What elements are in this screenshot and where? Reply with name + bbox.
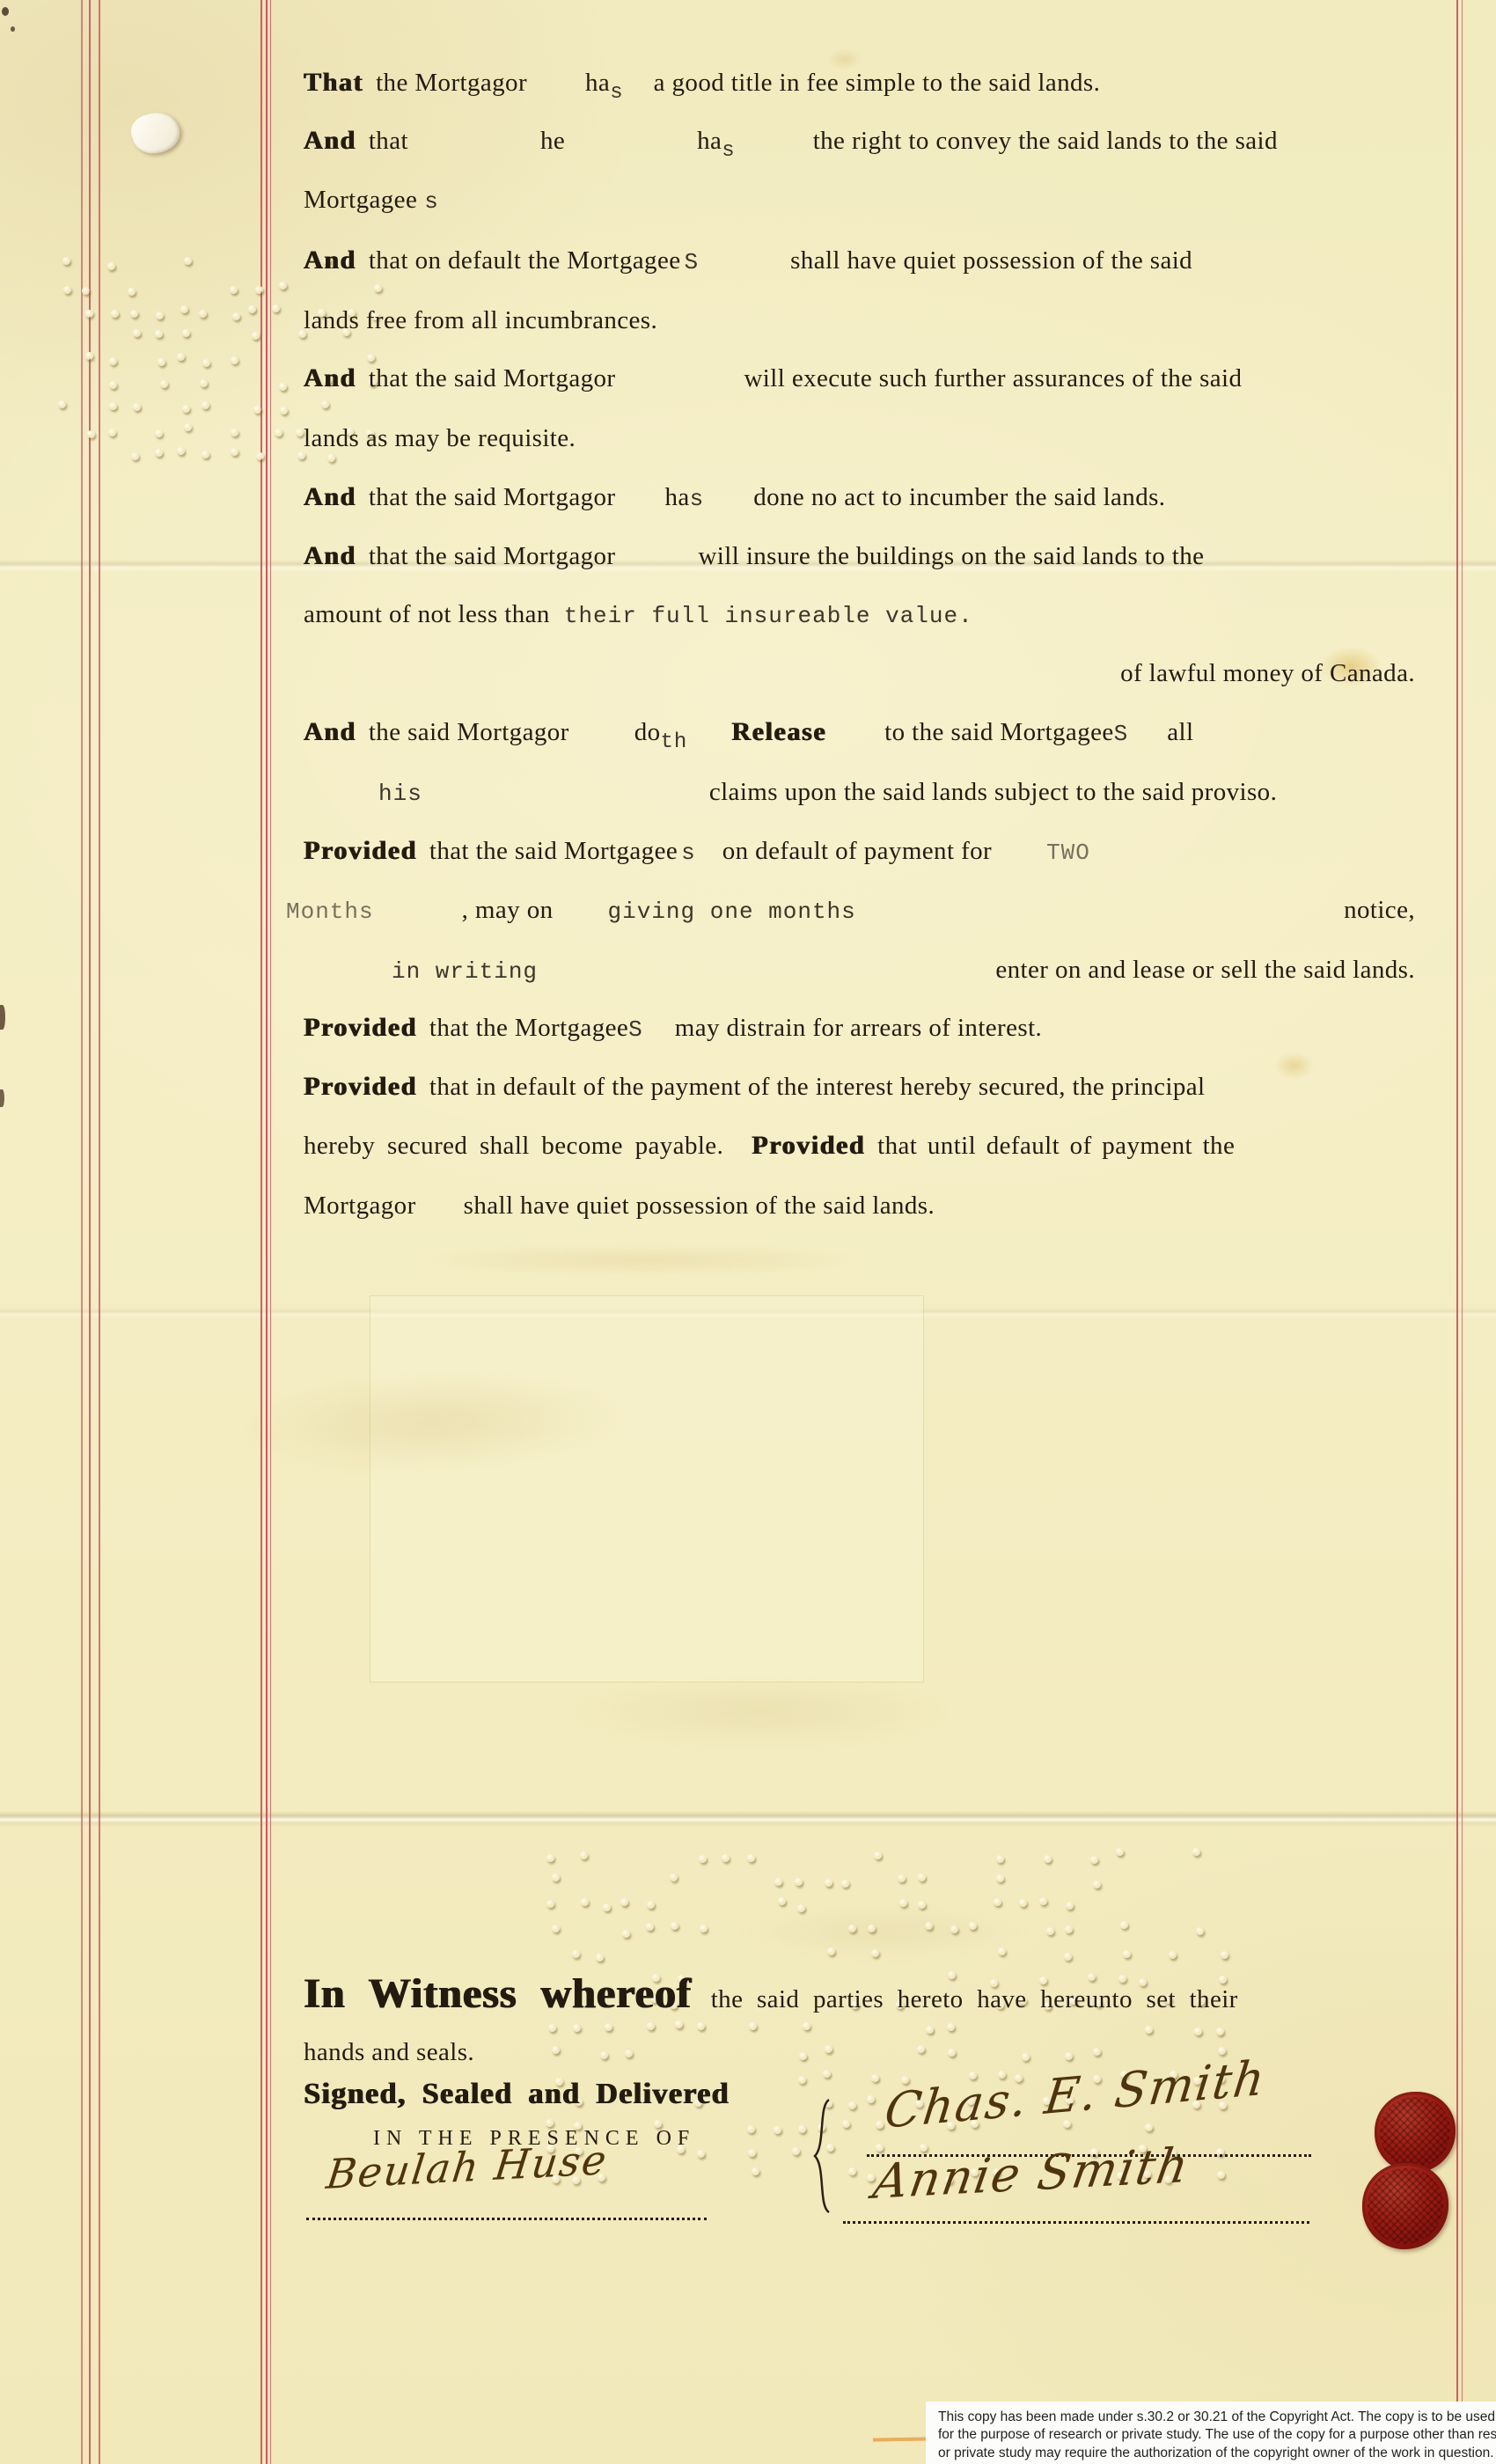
mortgage-document-page: Thatthe Mortgagorhasa good title in fee … — [0, 0, 1496, 2464]
text-segment: Signed, Sealed and Delivered — [304, 2077, 730, 2112]
text-segment: ha — [697, 123, 722, 158]
text-segment: will execute such further assurances of … — [744, 361, 1242, 396]
text-segment: of lawful money of Canada. — [1120, 656, 1415, 691]
text-segment: the right to convey the said lands to th… — [813, 123, 1278, 158]
document-line: Andthat the said Mortgagorwill execute s… — [304, 361, 1242, 396]
text-segment: That — [304, 65, 363, 100]
text-segment: Provided — [304, 1069, 417, 1104]
text-segment: that in default of the payment of the in… — [429, 1069, 1206, 1104]
text-segment: enter on and lease or sell the said land… — [995, 952, 1415, 987]
text-segment: that until default of payment the — [877, 1128, 1235, 1163]
text-segment: s — [610, 76, 623, 111]
brace-icon — [811, 2098, 832, 2214]
text-segment: hereby secured shall become payable. — [304, 1128, 723, 1163]
document-line: hands and seals. — [304, 2035, 474, 2070]
document-line: Thatthe Mortgagorhasa good title in fee … — [304, 65, 1100, 104]
text-segment: And — [304, 539, 356, 574]
text-segment: TWO — [1046, 835, 1090, 870]
text-segment: the said parties hereto have hereunto se… — [711, 1982, 1238, 2017]
text-segment: that the said Mortgagor — [369, 539, 616, 574]
text-segment: Release — [731, 715, 826, 750]
text-segment: his — [378, 776, 422, 811]
copyright-line: for the purpose of research or private s… — [938, 2426, 1496, 2444]
document-line: hisclaims upon the said lands subject to… — [378, 774, 1277, 811]
text-segment: And — [304, 243, 356, 278]
document-line: Signed, Sealed and Delivered — [304, 2077, 730, 2112]
text-segment: to the said Mortgagee — [884, 715, 1113, 750]
text-segment: claims upon the said lands subject to th… — [709, 774, 1277, 810]
text-segment: Provided — [752, 1128, 865, 1163]
signature-line — [843, 2221, 1309, 2224]
document-line: lands free from all incumbrances. — [304, 303, 657, 338]
text-segment: S — [685, 245, 700, 280]
text-segment: And — [304, 361, 356, 396]
document-line: Andthat the said Mortgagorwill insure th… — [304, 539, 1204, 574]
document-line: Mortgagorshall have quiet possession of … — [304, 1188, 935, 1223]
text-segment: s — [722, 134, 735, 169]
document-line: Andthathehasthe right to convey the said… — [304, 123, 1278, 162]
text-segment: their full insureable value. — [564, 598, 973, 634]
text-segment: that the Mortgagee — [429, 1010, 628, 1045]
text-segment: that the said Mortgagor — [369, 480, 616, 515]
text-segment: all — [1167, 715, 1193, 750]
text-segment: notice, — [1344, 892, 1415, 928]
wax-seal-icon — [1362, 2163, 1448, 2249]
copyright-line: or private study may require the authori… — [938, 2445, 1496, 2462]
document-line: hereby secured shall become payable.Prov… — [304, 1128, 1235, 1163]
text-segment: giving one months — [608, 894, 856, 929]
text-segment: S — [1114, 716, 1129, 752]
text-segment: th — [661, 725, 688, 760]
document-line: Mortgagees — [304, 182, 439, 219]
text-segment: a good title in fee simple to the said l… — [654, 65, 1101, 100]
text-segment: And — [304, 715, 356, 750]
text-segment: lands as may be requisite. — [304, 421, 576, 456]
text-segment: he — [540, 123, 565, 158]
text-segment: s — [424, 184, 439, 219]
text-segment: the said Mortgagor — [369, 715, 569, 750]
document-line: Andthat on default the MortgageeSshall h… — [304, 243, 1192, 280]
text-segment: that — [369, 123, 408, 158]
document-line: Providedthat the said Mortgageeson defau… — [304, 833, 1090, 870]
text-segment: in writing — [392, 954, 538, 989]
document-line: of lawful money of Canada. — [1120, 656, 1415, 691]
text-segment: , may on — [462, 892, 554, 928]
text-segment: And — [304, 123, 356, 158]
document-line: Andthat the said Mortgagorhasdone no act… — [304, 480, 1165, 517]
text-segment: Provided — [304, 1010, 417, 1045]
signature-line — [306, 2218, 707, 2220]
document-lines: Thatthe Mortgagorhasa good title in fee … — [0, 0, 1496, 2464]
text-segment: amount of not less than — [304, 597, 550, 632]
text-segment: shall have quiet possession of the said … — [464, 1188, 935, 1223]
document-line: amount of not less thantheir full insure… — [304, 597, 973, 634]
text-segment: that the said Mortgagor — [369, 361, 616, 396]
text-segment: s — [690, 481, 705, 517]
text-segment: And — [304, 480, 356, 515]
text-segment: Months — [286, 894, 374, 929]
copyright-line: This copy has been made under s.30.2 or … — [938, 2409, 1496, 2426]
text-segment: lands free from all incumbrances. — [304, 303, 657, 338]
text-segment: that the said Mortgagee — [429, 833, 678, 869]
text-segment: that on default the Mortgagee — [369, 243, 681, 278]
document-line: Providedthat in default of the payment o… — [304, 1069, 1205, 1104]
text-segment: may distrain for arrears of interest. — [675, 1010, 1042, 1045]
text-segment: hands and seals. — [304, 2035, 474, 2070]
text-segment: the Mortgagor — [376, 65, 527, 100]
text-segment: shall have quiet possession of the said — [790, 243, 1192, 278]
document-line: Providedthat the MortgageeSmay distrain … — [304, 1010, 1042, 1047]
text-segment: do — [634, 715, 661, 750]
text-segment: In Witness whereof — [304, 1976, 692, 2012]
document-line: in writingenter on and lease or sell the… — [392, 952, 1415, 989]
text-segment: ha — [664, 480, 689, 515]
text-segment: s — [681, 835, 696, 870]
document-line: lands as may be requisite. — [304, 421, 576, 456]
document-line: In Witness whereofthe said parties heret… — [304, 1976, 1238, 2017]
text-segment: ha — [585, 65, 610, 100]
text-segment: Mortgagor — [304, 1188, 416, 1223]
document-line: Months, may ongiving one monthsnotice, — [286, 892, 1415, 929]
text-segment: done no act to incumber the said lands. — [753, 480, 1165, 515]
wax-seal-icon — [1375, 2092, 1456, 2173]
text-segment: Provided — [304, 833, 417, 869]
text-segment: Mortgagee — [304, 182, 417, 217]
document-line: Andthe said MortgagordothReleaseto the s… — [304, 715, 1193, 753]
text-segment: S — [628, 1012, 643, 1047]
copyright-notice: This copy has been made under s.30.2 or … — [926, 2402, 1496, 2464]
text-segment: on default of payment for — [722, 833, 992, 869]
text-segment: will insure the buildings on the said la… — [698, 539, 1204, 574]
